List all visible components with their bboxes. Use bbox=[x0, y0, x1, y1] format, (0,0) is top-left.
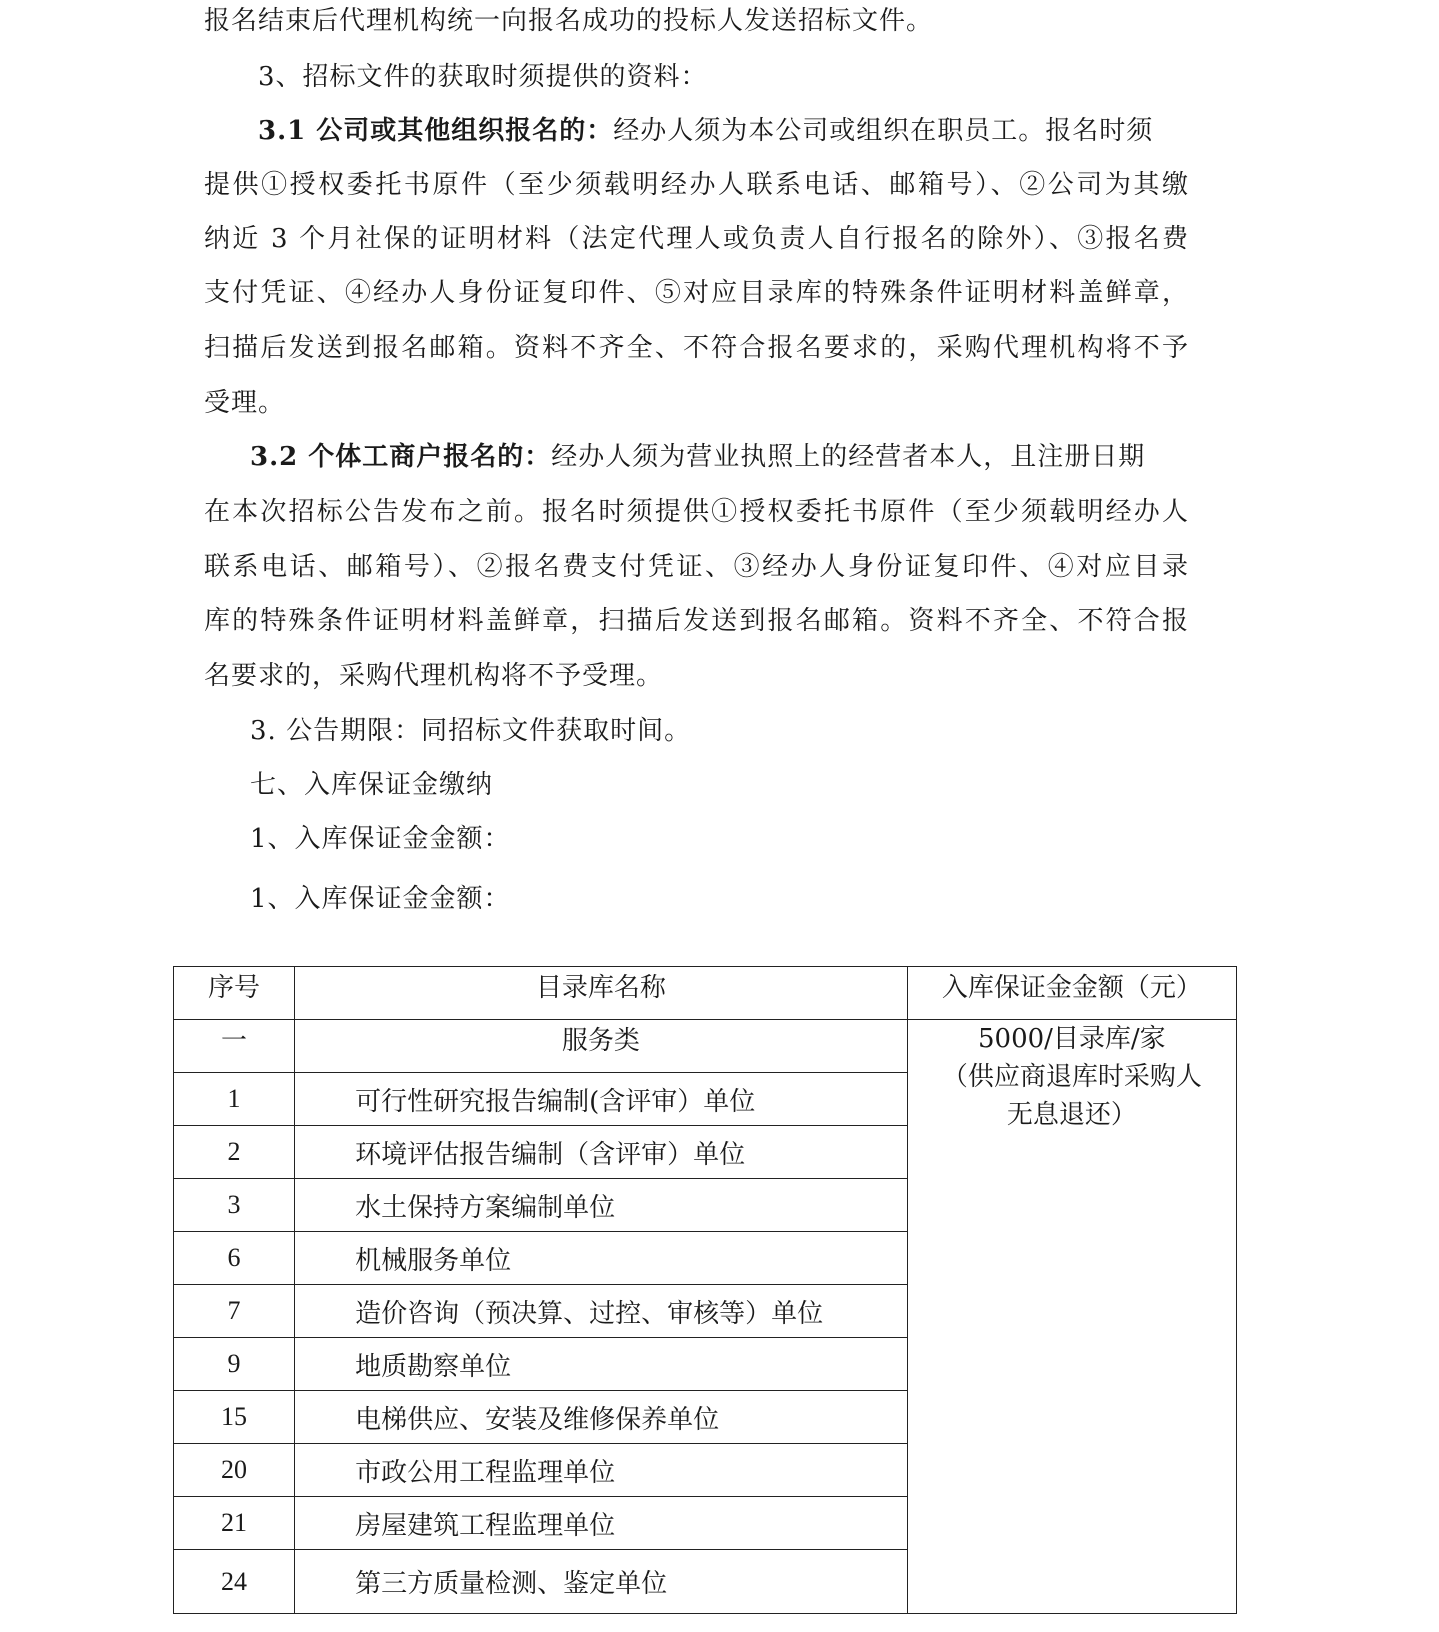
row-index: 7 bbox=[174, 1285, 295, 1338]
row-index: 9 bbox=[174, 1338, 295, 1391]
row-catalog-name: 造价咨询（预决算、过控、审核等）单位 bbox=[295, 1285, 908, 1338]
row-index: 3 bbox=[174, 1179, 295, 1232]
row-index: 21 bbox=[174, 1497, 295, 1550]
row-index: 24 bbox=[174, 1550, 295, 1614]
paragraph-individual-line-1: 3.2 个体工商户报名的：经办人须为营业执照上的经营者本人，且注册日期 bbox=[250, 440, 1145, 474]
row-index: 15 bbox=[174, 1391, 295, 1444]
paragraph-individual-line-2: 在本次招标公告发布之前。报名时须提供①授权委托书原件（至少须载明经办人 bbox=[204, 495, 1189, 529]
individual-registration-lead: 3.2 个体工商户报名的： bbox=[250, 442, 551, 472]
category-index: 一 bbox=[174, 1020, 295, 1073]
row-catalog-name: 地质勘察单位 bbox=[295, 1338, 908, 1391]
paragraph-individual-line-4: 库的特殊条件证明材料盖鲜章，扫描后发送到报名邮箱。资料不齐全、不符合报 bbox=[204, 604, 1189, 638]
paragraph-notice-period: 3. 公告期限：同招标文件获取时间。 bbox=[250, 714, 691, 748]
document-page: 报名结束后代理机构统一向报名成功的投标人发送招标文件。 3、招标文件的获取时须提… bbox=[0, 0, 1439, 1632]
row-catalog-name: 电梯供应、安装及维修保养单位 bbox=[295, 1391, 908, 1444]
heading-section-seven: 七、入库保证金缴纳 bbox=[250, 768, 493, 802]
paragraph-company-line-1: 3.1 公司或其他组织报名的：经办人须为本公司或组织在职员工。报名时须 bbox=[258, 114, 1153, 148]
row-index: 2 bbox=[174, 1126, 295, 1179]
deposit-amount-cell: 5000/目录库/家 （供应商退库时采购人 无息退还） bbox=[907, 1020, 1236, 1614]
row-catalog-name: 市政公用工程监理单位 bbox=[295, 1444, 908, 1497]
deposit-amount-line-2: （供应商退库时采购人 bbox=[908, 1058, 1236, 1096]
paragraph-company-line-6: 受理。 bbox=[204, 386, 285, 420]
header-deposit-amount: 入库保证金金额（元） bbox=[907, 967, 1236, 1020]
paragraph-company-line-4: 支付凭证、④经办人身份证复印件、⑤对应目录库的特殊条件证明材料盖鲜章， bbox=[204, 276, 1189, 310]
category-name: 服务类 bbox=[295, 1020, 908, 1073]
paragraph-company-line-5: 扫描后发送到报名邮箱。资料不齐全、不符合报名要求的，采购代理机构将不予 bbox=[204, 331, 1189, 365]
company-registration-text: 经办人须为本公司或组织在职员工。报名时须 bbox=[613, 116, 1153, 146]
individual-registration-text: 经办人须为营业执照上的经营者本人，且注册日期 bbox=[551, 442, 1145, 472]
heading-deposit-amount: 1、入库保证金金额： bbox=[250, 822, 511, 856]
deposit-table: 序号 目录库名称 入库保证金金额（元） 一 服务类 5000/目录库/家 （供应… bbox=[173, 966, 1237, 1614]
row-catalog-name: 第三方质量检测、鉴定单位 bbox=[295, 1550, 908, 1614]
deposit-amount-line-1: 5000/目录库/家 bbox=[908, 1020, 1236, 1058]
row-catalog-name: 环境评估报告编制（含评审）单位 bbox=[295, 1126, 908, 1179]
heading-required-materials: 3、招标文件的获取时须提供的资料： bbox=[258, 60, 708, 94]
paragraph-individual-line-5: 名要求的，采购代理机构将不予受理。 bbox=[204, 659, 663, 693]
header-catalog-name: 目录库名称 bbox=[295, 967, 908, 1020]
row-index: 20 bbox=[174, 1444, 295, 1497]
table-header-row: 序号 目录库名称 入库保证金金额（元） bbox=[174, 967, 1237, 1020]
header-index: 序号 bbox=[174, 967, 295, 1020]
row-index: 1 bbox=[174, 1073, 295, 1126]
heading-deposit-amount-repeat: 1、入库保证金金额： bbox=[250, 882, 511, 916]
row-index: 6 bbox=[174, 1232, 295, 1285]
company-registration-lead: 3.1 公司或其他组织报名的： bbox=[258, 116, 613, 146]
paragraph-company-line-2: 提供①授权委托书原件（至少须载明经办人联系电话、邮箱号）、②公司为其缴 bbox=[204, 168, 1189, 202]
paragraph-registration-end: 报名结束后代理机构统一向报名成功的投标人发送招标文件。 bbox=[204, 4, 933, 38]
row-catalog-name: 房屋建筑工程监理单位 bbox=[295, 1497, 908, 1550]
row-catalog-name: 水土保持方案编制单位 bbox=[295, 1179, 908, 1232]
paragraph-company-line-3: 纳近 3 个月社保的证明材料（法定代理人或负责人自行报名的除外）、③报名费 bbox=[204, 222, 1189, 256]
row-catalog-name: 机械服务单位 bbox=[295, 1232, 908, 1285]
table-category-row: 一 服务类 5000/目录库/家 （供应商退库时采购人 无息退还） bbox=[174, 1020, 1237, 1073]
paragraph-individual-line-3: 联系电话、邮箱号）、②报名费支付凭证、③经办人身份证复印件、④对应目录 bbox=[204, 550, 1189, 584]
row-catalog-name: 可行性研究报告编制(含评审）单位 bbox=[295, 1073, 908, 1126]
deposit-amount-line-3: 无息退还） bbox=[908, 1096, 1236, 1134]
